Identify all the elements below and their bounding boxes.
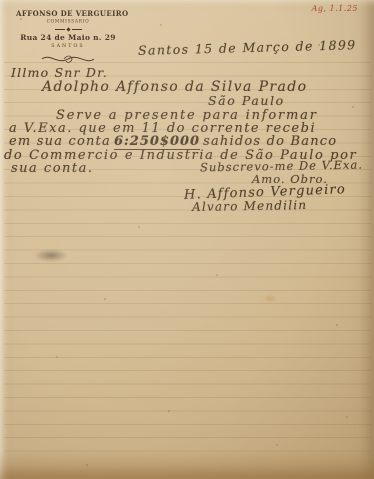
body-line: sua conta. <box>11 161 94 176</box>
dateline: Santos 15 de Março de 1899 <box>138 37 357 58</box>
letterhead-divider-ornament <box>51 28 85 31</box>
paper-speckles <box>20 18 22 20</box>
recipient-honorific: Illmo Snr Dr. <box>11 65 108 80</box>
divider-diamond-icon <box>66 27 70 31</box>
letterhead-city: SANTOS <box>26 43 109 49</box>
recipient-city: São Paulo <box>208 93 285 108</box>
divider-line <box>55 29 65 30</box>
divider-line <box>72 29 82 30</box>
body-line-text: sahidos do Banco <box>203 134 337 149</box>
body-line: em sua conta6:250$000sahidos do Banco <box>9 134 337 149</box>
signature: Alvaro Mendilin <box>192 198 307 214</box>
bottom-edge-stain <box>0 451 374 479</box>
letterhead-address: Rua 24 de Maio n. 29 <box>16 33 120 42</box>
ink-smudge-stain <box>34 249 68 262</box>
archival-annotation: Ag, 1.1.25 <box>312 4 358 13</box>
foxing-spot <box>263 294 277 303</box>
letterhead-title: COMMISSARIO <box>31 19 106 24</box>
letterhead: AFFONSO DE VERGUEIRO COMMISSARIO Rua 24 … <box>16 9 120 70</box>
letter-page: AFFONSO DE VERGUEIRO COMMISSARIO Rua 24 … <box>0 0 374 479</box>
letterhead-name: AFFONSO DE VERGUEIRO <box>16 9 120 18</box>
body-line-text: em sua conta <box>9 134 111 149</box>
